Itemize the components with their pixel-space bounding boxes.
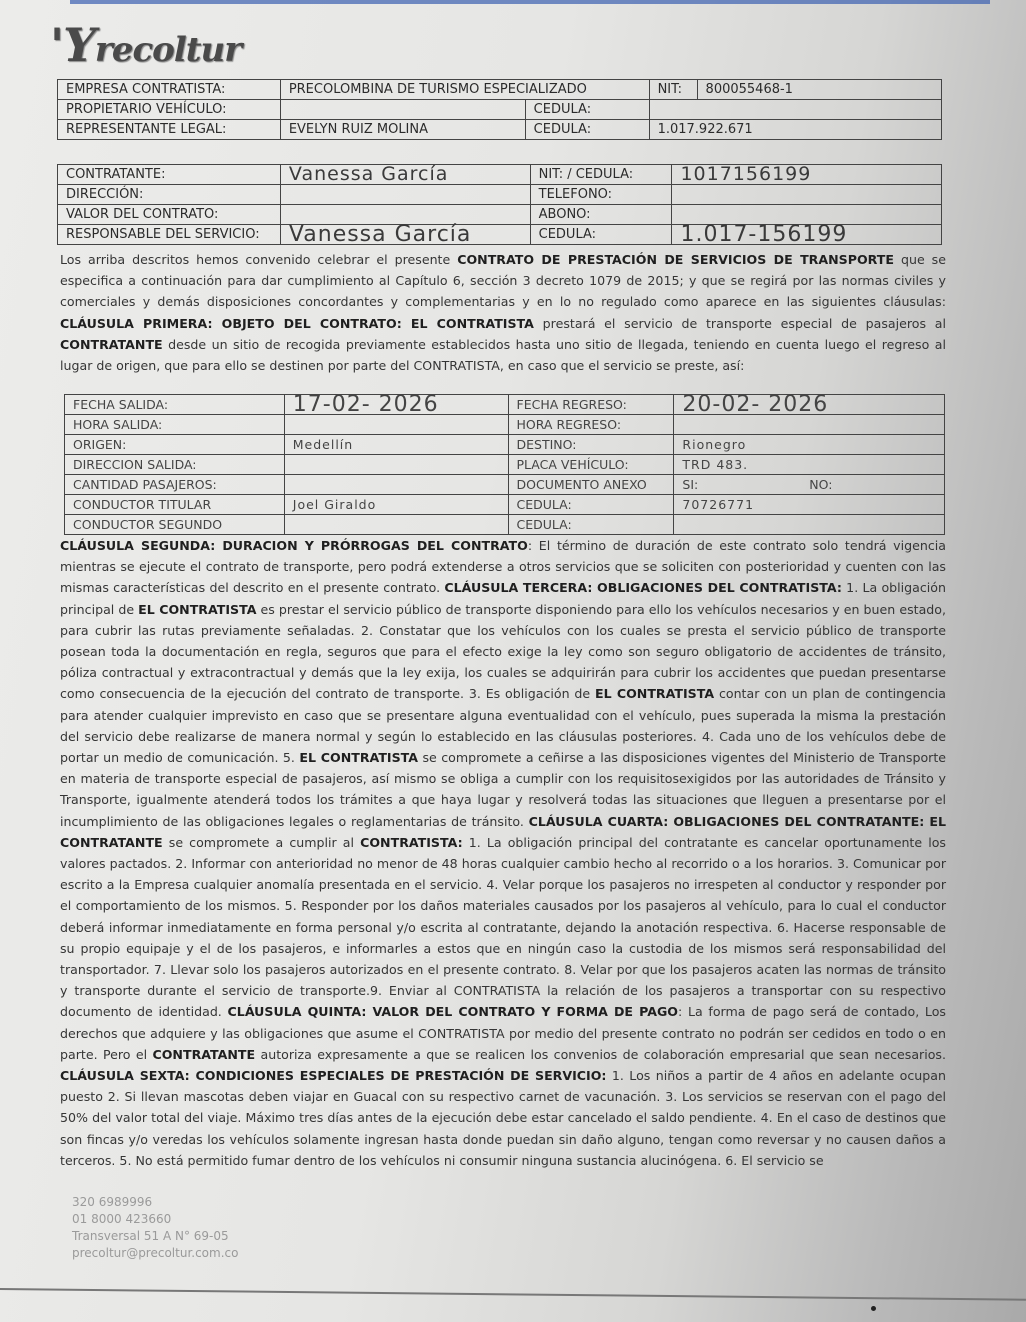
cedula-segundo-value[interactable]	[674, 515, 945, 535]
table-row: REPRESENTANTE LEGAL: EVELYN RUIZ MOLINA …	[58, 120, 942, 140]
cedula-label: CEDULA:	[525, 120, 649, 140]
cedula-label: CEDULA:	[525, 100, 649, 120]
destino-label: DESTINO:	[508, 435, 674, 455]
documento-anexo-options: SI: NO:	[674, 475, 945, 495]
footer-contact: 320 6989996 01 8000 423660 Transversal 5…	[72, 1194, 238, 1262]
direccion-salida-value[interactable]	[284, 455, 508, 475]
company-logo: 'Yrecoltur	[50, 18, 241, 72]
conductor-segundo-label: CONDUCTOR SEGUNDO	[65, 515, 285, 535]
bold-term: EL CONTRATISTA	[299, 750, 418, 765]
representante-value[interactable]: EVELYN RUIZ MOLINA	[280, 120, 525, 140]
clause-heading: CLÁUSULA SEXTA: CONDICIONES ESPECIALES D…	[60, 1068, 606, 1083]
clauses-paragraph: CLÁUSULA SEGUNDA: DURACION Y PRÓRROGAS D…	[60, 535, 946, 1171]
bold-term: CONTRATANTE	[152, 1047, 255, 1062]
propietario-label: PROPIETARIO VEHÍCULO:	[58, 100, 281, 120]
footer-toll-free: 01 8000 423660	[72, 1211, 238, 1228]
hora-salida-label: HORA SALIDA:	[65, 415, 285, 435]
direccion-label: DIRECCIÓN:	[58, 185, 281, 205]
nit-label: NIT:	[649, 80, 697, 100]
contract-title: CONTRATO DE PRESTACIÓN DE SERVICIOS DE T…	[457, 252, 894, 267]
table-row: DIRECCIÓN: TELEFONO:	[58, 185, 942, 205]
clause-heading: CLÁUSULA SEGUNDA: DURACION Y PRÓRROGAS D…	[60, 538, 528, 553]
origen-label: ORIGEN:	[65, 435, 285, 455]
fecha-regreso-value[interactable]: 20-02- 2026	[674, 395, 945, 415]
bold-term: CONTRATANTE	[60, 337, 163, 352]
footer-email: precoltur@precoltur.com.co	[72, 1245, 238, 1262]
contratante-label: CONTRATANTE:	[58, 165, 281, 185]
intro-text: desde un sitio de recogida previamente e…	[60, 337, 946, 373]
origen-value[interactable]: Medellín	[284, 435, 508, 455]
bold-term: EL CONTRATISTA	[138, 602, 256, 617]
responsable-value[interactable]: Vanessa García	[280, 225, 530, 245]
representante-label: REPRESENTANTE LEGAL:	[58, 120, 281, 140]
clause-heading: CLÁUSULA TERCERA: OBLIGACIONES DEL CONTR…	[444, 580, 842, 595]
bold-term: CONTRATISTA:	[360, 835, 463, 850]
clause-text: se compromete a cumplir al	[163, 835, 360, 850]
direccion-value[interactable]	[280, 185, 530, 205]
logo-initial: 'Y	[50, 18, 95, 72]
propietario-value[interactable]	[280, 100, 525, 120]
hora-regreso-value[interactable]	[674, 415, 945, 435]
footer-address: Transversal 51 A N° 69-05	[72, 1228, 238, 1245]
table-row: HORA SALIDA: HORA REGRESO:	[65, 415, 945, 435]
intro-text: prestará el servicio de transporte espec…	[534, 316, 946, 331]
cedula-label: CEDULA:	[530, 225, 672, 245]
conductor-titular-label: CONDUCTOR TITULAR	[65, 495, 285, 515]
clause-heading: CLÁUSULA PRIMERA: OBJETO DEL CONTRATO: E…	[60, 316, 534, 331]
telefono-label: TELEFONO:	[530, 185, 672, 205]
si-checkbox[interactable]: SI:	[682, 475, 698, 494]
table-row: RESPONSABLE DEL SERVICIO: Vanessa García…	[58, 225, 942, 245]
empresa-label: EMPRESA CONTRATISTA:	[58, 80, 281, 100]
responsable-label: RESPONSABLE DEL SERVICIO:	[58, 225, 281, 245]
cedula-label: CEDULA:	[508, 495, 674, 515]
table-row: FECHA SALIDA: 17-02- 2026 FECHA REGRESO:…	[65, 395, 945, 415]
hora-salida-value[interactable]	[284, 415, 508, 435]
nit-value[interactable]: 800055468-1	[697, 80, 941, 100]
intro-paragraph: Los arriba descritos hemos convenido cel…	[60, 249, 946, 376]
conductor-segundo-value[interactable]	[284, 515, 508, 535]
placa-label: PLACA VEHÍCULO:	[508, 455, 674, 475]
fecha-salida-value[interactable]: 17-02- 2026	[284, 395, 508, 415]
nit-cedula-label: NIT: / CEDULA:	[530, 165, 672, 185]
cedula-value[interactable]: 1.017-156199	[672, 225, 942, 245]
ink-dot	[871, 1306, 876, 1311]
logo-text: recoltur	[95, 30, 241, 70]
clause-text: autoriza expresamente a que se realicen …	[255, 1047, 946, 1062]
contratante-info-table: CONTRATANTE: Vanessa García NIT: / CEDUL…	[57, 164, 942, 245]
telefono-value[interactable]	[672, 185, 942, 205]
table-row: CONDUCTOR TITULAR Joel Giraldo CEDULA: 7…	[65, 495, 945, 515]
cantidad-pasajeros-value[interactable]	[284, 475, 508, 495]
company-info-table: EMPRESA CONTRATISTA: PRECOLOMBINA DE TUR…	[57, 79, 942, 140]
intro-text: Los arriba descritos hemos convenido cel…	[60, 252, 457, 267]
nit-cedula-value[interactable]: 1017156199	[672, 165, 942, 185]
top-edge-band	[70, 0, 990, 4]
cedula-titular-value[interactable]: 70726771	[674, 495, 945, 515]
empresa-value[interactable]: PRECOLOMBINA DE TURISMO ESPECIALIZADO	[280, 80, 649, 100]
table-row: CONDUCTOR SEGUNDO CEDULA:	[65, 515, 945, 535]
cedula-value[interactable]	[649, 100, 941, 120]
fecha-salida-label: FECHA SALIDA:	[65, 395, 285, 415]
cedula-value[interactable]: 1.017.922.671	[649, 120, 941, 140]
table-row: EMPRESA CONTRATISTA: PRECOLOMBINA DE TUR…	[58, 80, 942, 100]
hora-regreso-label: HORA REGRESO:	[508, 415, 674, 435]
valor-contrato-label: VALOR DEL CONTRATO:	[58, 205, 281, 225]
fecha-regreso-label: FECHA REGRESO:	[508, 395, 674, 415]
table-row: ORIGEN: Medellín DESTINO: Rionegro	[65, 435, 945, 455]
clause-heading: CLÁUSULA QUINTA: VALOR DEL CONTRATO Y FO…	[228, 1004, 678, 1019]
cedula-label: CEDULA:	[508, 515, 674, 535]
bold-term: EL CONTRATISTA	[595, 686, 714, 701]
no-checkbox[interactable]: NO:	[809, 475, 832, 494]
table-row: DIRECCION SALIDA: PLACA VEHÍCULO: TRD 48…	[65, 455, 945, 475]
abono-label: ABONO:	[530, 205, 672, 225]
direccion-salida-label: DIRECCION SALIDA:	[65, 455, 285, 475]
conductor-titular-value[interactable]: Joel Giraldo	[284, 495, 508, 515]
destino-value[interactable]: Rionegro	[674, 435, 945, 455]
placa-value[interactable]: TRD 483.	[674, 455, 945, 475]
page-fold-line	[0, 1288, 1026, 1301]
contratante-value[interactable]: Vanessa García	[280, 165, 530, 185]
trip-details-table: FECHA SALIDA: 17-02- 2026 FECHA REGRESO:…	[64, 394, 945, 535]
table-row: CANTIDAD PASAJEROS: DOCUMENTO ANEXO SI: …	[65, 475, 945, 495]
documento-anexo-label: DOCUMENTO ANEXO	[508, 475, 674, 495]
cantidad-pasajeros-label: CANTIDAD PASAJEROS:	[65, 475, 285, 495]
table-row: CONTRATANTE: Vanessa García NIT: / CEDUL…	[58, 165, 942, 185]
table-row: PROPIETARIO VEHÍCULO: CEDULA:	[58, 100, 942, 120]
clause-text: 1. La obligación principal del contratan…	[60, 835, 946, 1020]
footer-phone: 320 6989996	[72, 1194, 238, 1211]
